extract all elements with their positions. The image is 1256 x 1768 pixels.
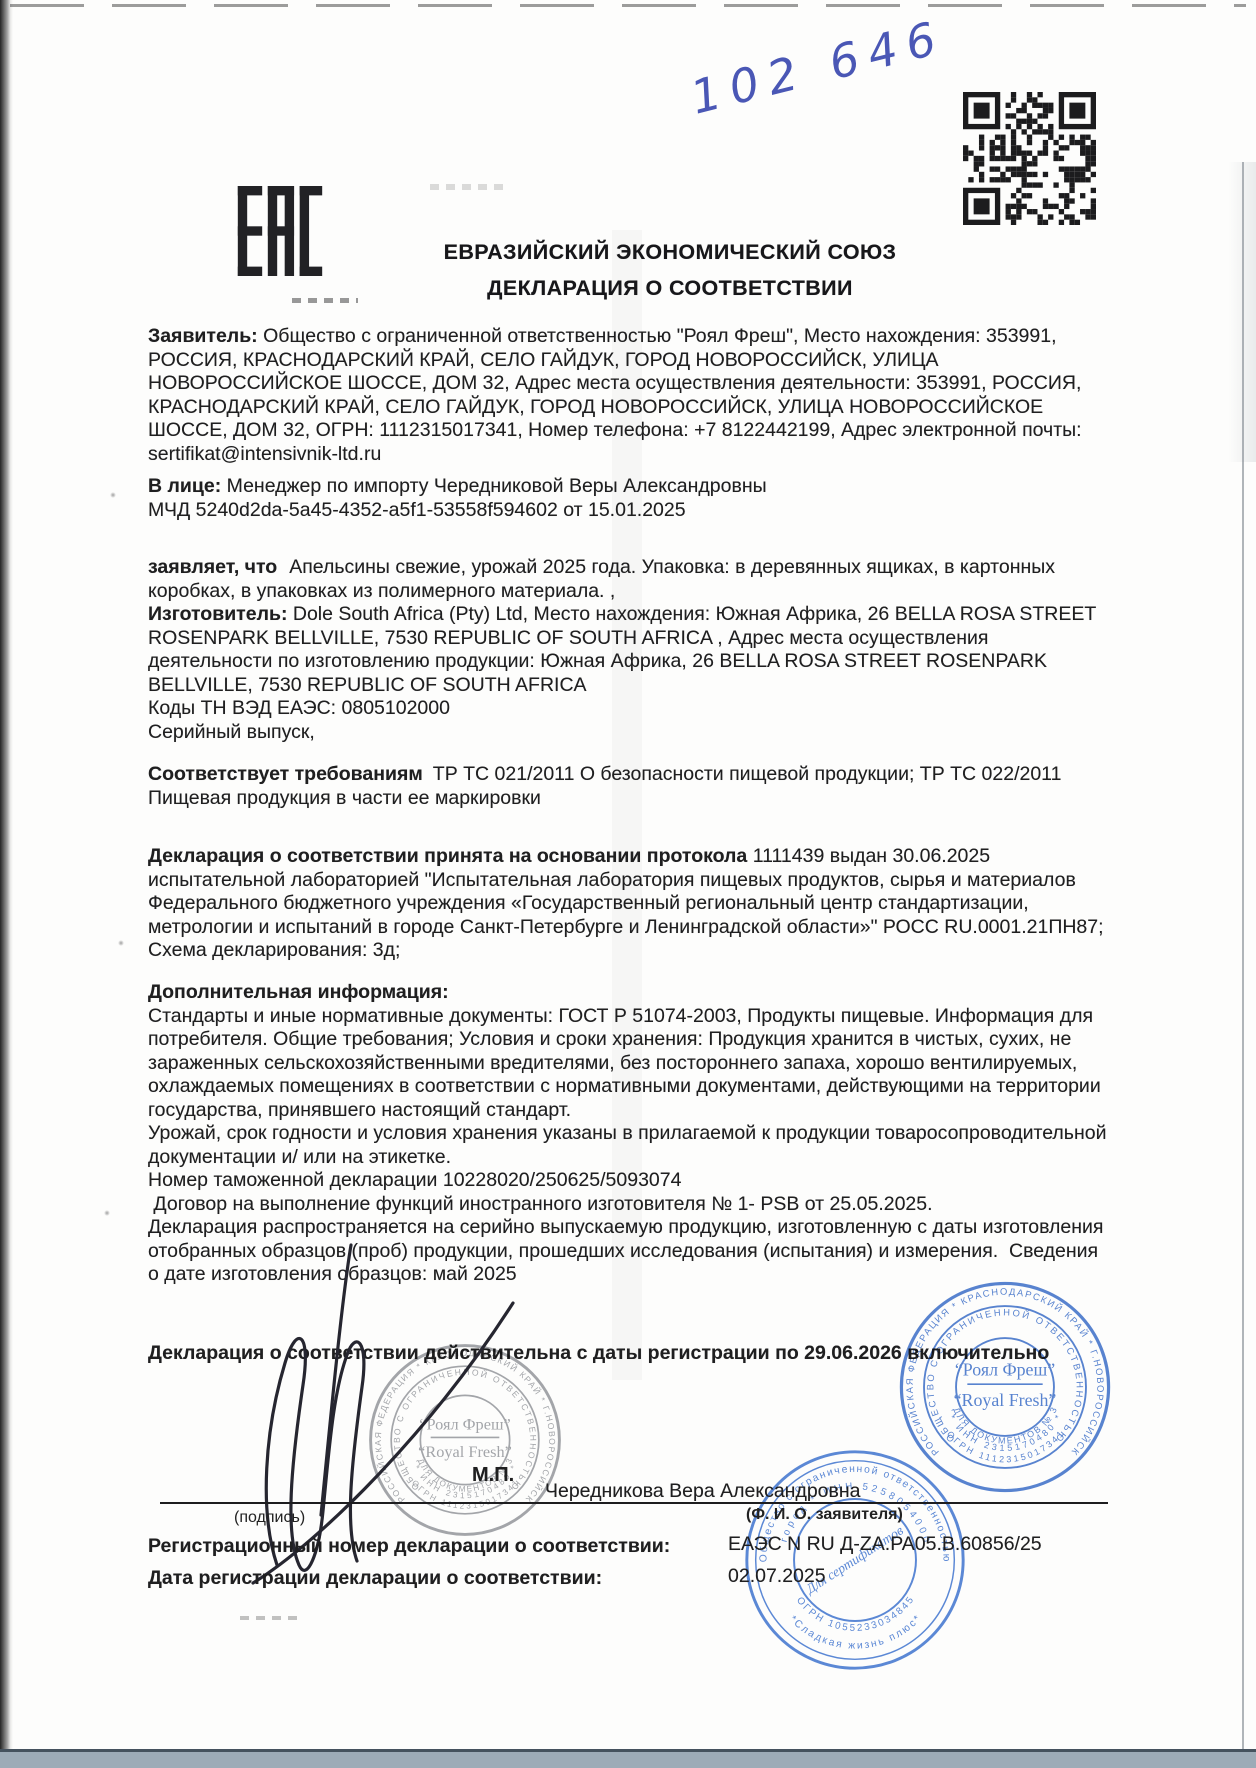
union-title: ЕВРАЗИЙСКИЙ ЭКОНОМИЧЕСКИЙ СОЮЗ	[444, 240, 897, 265]
additional-info-label: Дополнительная информация:	[148, 981, 1112, 1005]
representative-paragraph: В лице: Менеджер по импорту Чередниковой…	[148, 475, 1112, 522]
scan-speck	[118, 940, 124, 946]
stamp-center-name-en: “Royal Fresh”	[954, 1390, 1057, 1410]
declares-label: заявляет, что	[148, 556, 277, 578]
compliance-paragraph: Соответствует требованиямТР ТС 021/2011 …	[148, 763, 1112, 810]
applicant-label: Заявитель:	[148, 325, 258, 347]
stamp-bottom-arc-text: *Сладкая жизнь плюс*	[787, 1614, 923, 1652]
scan-smudge	[430, 184, 510, 190]
compliance-label: Соответствует требованиям	[148, 763, 423, 785]
svg-text:*Сладкая жизнь плюс*: *Сладкая жизнь плюс*	[787, 1614, 923, 1652]
signature-caption: (подпись)	[234, 1509, 305, 1527]
mp-seal-mark: М.П.	[472, 1464, 514, 1488]
signature-line	[160, 1502, 1108, 1504]
serial-release: Серийный выпуск,	[148, 721, 1112, 745]
mchd-line: МЧД 5240d2da-5a45-4352-a5f1-53558f594602…	[148, 499, 1112, 523]
stamp-center-name-ru: “Роял Фреш”	[955, 1360, 1055, 1380]
basis-label: Декларация о соответствии принята на осн…	[148, 845, 747, 867]
additional-item: Стандарты и иные нормативные документы: …	[148, 1005, 1112, 1123]
scan-speck	[110, 492, 116, 498]
stamp-sladkaya-zhizn: Общество с ограниченной ответственностью…	[737, 1442, 973, 1678]
fio-caption: (Ф. И. О. заявителя)	[746, 1506, 903, 1524]
additional-item: Урожай, срок годности и условия хранения…	[148, 1122, 1112, 1169]
additional-item: Номер таможенной декларации 10228020/250…	[148, 1169, 1112, 1193]
qr-code	[963, 92, 1096, 225]
representative-label: В лице:	[148, 475, 221, 497]
stamp-ogrn-arc-text: ОГРН 1055233034845	[794, 1595, 916, 1634]
scanned-declaration-page: 102 646 ЕВРАЗИЙСКИЙ ЭКОНОМИЧЕСКИЙ СОЮЗ Д…	[0, 0, 1256, 1768]
applicant-text: Общество с ограниченной ответственностью…	[148, 325, 1082, 465]
scan-edge-left	[0, 0, 13, 1768]
eac-logo-icon	[235, 186, 325, 276]
registration-date-label: Дата регистрации декларации о соответств…	[148, 1567, 602, 1591]
registration-number-label: Регистрационный номер декларации о соотв…	[148, 1535, 670, 1559]
representative-text: Менеджер по импорту Чередниковой Веры Ал…	[227, 475, 767, 497]
scan-edge-bottom-band	[0, 1749, 1256, 1768]
svg-text:ОГРН 1055233034845: ОГРН 1055233034845	[794, 1595, 916, 1634]
scan-shade-top-right	[1228, 162, 1256, 462]
tn-ved-code: Коды ТН ВЭД ЕАЭС: 0805102000	[148, 697, 1112, 721]
product-text: Апельсины свежие, урожай 2025 года. Упак…	[148, 556, 1055, 602]
handwritten-number: 102 646	[685, 9, 951, 124]
document-title: ДЕКЛАРАЦИЯ О СООТВЕТСТВИИ	[487, 276, 853, 301]
applicant-fio: Чередникова Вера Александровна	[545, 1480, 861, 1504]
scan-edge-top	[10, 4, 1246, 7]
additional-item: Договор на выполнение функций иностранно…	[148, 1193, 1112, 1217]
scan-speck	[104, 1210, 110, 1216]
scan-smudge	[240, 1616, 298, 1620]
basis-paragraph: Декларация о соответствии принята на осн…	[148, 845, 1112, 963]
registration-number-value: ЕАЭС N RU Д-ZA.PA05.B.60856/25	[728, 1533, 1042, 1557]
manufacturer-text: Dole South Africa (Pty) Ltd, Место нахож…	[148, 603, 1096, 696]
manufacturer-label: Изготовитель:	[148, 603, 287, 625]
applicant-paragraph: Заявитель: Общество с ограниченной ответ…	[148, 325, 1112, 466]
product-section: заявляет, чтоАпельсины свежие, урожай 20…	[148, 556, 1112, 744]
scan-smudge	[292, 298, 358, 303]
registration-date-value: 02.07.2025	[728, 1565, 826, 1589]
